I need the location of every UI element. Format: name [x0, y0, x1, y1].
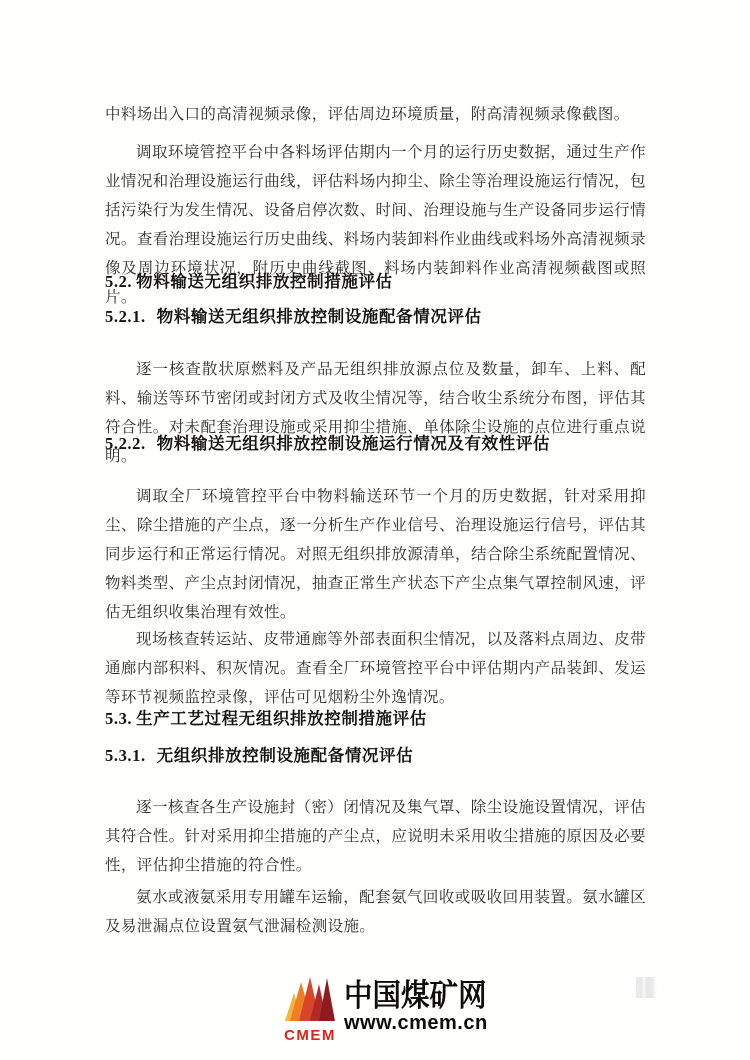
cmem-acronym: CMEM [284, 1028, 336, 1044]
section-number: 5.3.1. [105, 744, 146, 768]
section-heading-5-3: 5.3.生产工艺过程无组织排放控制措施评估 [105, 707, 646, 731]
section-heading-5-2-1: 5.2.1.物料输送无组织排放控制设施配备情况评估 [105, 305, 646, 329]
section-title: 生产工艺过程无组织排放控制措施评估 [136, 709, 427, 728]
paragraph-5-3-1-b: 氨水或液氨采用专用罐车运输，配套氨气回收或吸收回用装置。氨水罐区及易泄漏点位设置… [105, 883, 646, 941]
section-title: 物料输送无组织排放控制设施运行情况及有效性评估 [157, 434, 550, 453]
section-title: 物料输送无组织排放控制措施评估 [136, 272, 393, 291]
site-name: 中国煤矿网 [344, 977, 487, 1014]
section-title: 无组织排放控制设施配备情况评估 [157, 746, 414, 765]
section-heading-5-2: 5.2.物料输送无组织排放控制措施评估 [105, 270, 646, 294]
section-number: 5.2.1. [105, 305, 146, 329]
section-number: 5.2. [105, 270, 132, 294]
paragraph-5-2-2-b: 现场核查转运站、皮带通廊等外部表面积尘情况，以及落料点周边、皮带通廊内部积料、积… [105, 625, 646, 712]
scan-artifact [636, 977, 659, 998]
cmem-logo-mark: CMEM [283, 977, 337, 1044]
section-heading-5-2-2: 5.2.2.物料输送无组织排放控制设施运行情况及有效性评估 [105, 432, 646, 456]
site-url: www.cmem.cn [344, 1014, 499, 1032]
mountain-m-icon [285, 977, 335, 1027]
paragraph-continuation: 中料场出入口的高清视频录像，评估周边环境质量，附高清视频录像截图。 [105, 100, 646, 129]
section-heading-5-3-1: 5.3.1.无组织排放控制设施配备情况评估 [105, 744, 646, 768]
section-number: 5.2.2. [105, 432, 146, 456]
section-number: 5.3. [105, 707, 132, 731]
cmem-watermark-logo: CMEM 中国煤矿网 www.cmem.cn [283, 977, 499, 1044]
cmem-logo-text: 中国煤矿网 www.cmem.cn [344, 977, 499, 1032]
paragraph-5-2-2-a: 调取全厂环境管控平台中物料输送环节一个月的历史数据，针对采用抑尘、除尘措施的产尘… [105, 482, 646, 627]
paragraph-5-3-1-a: 逐一核查各生产设施封（密）闭情况及集气罩、除尘设施设置情况，评估其符合性。针对采… [105, 793, 646, 880]
document-page: 中料场出入口的高清视频录像，评估周边环境质量，附高清视频录像截图。 调取环境管控… [0, 0, 750, 1060]
section-title: 物料输送无组织排放控制设施配备情况评估 [157, 307, 482, 326]
